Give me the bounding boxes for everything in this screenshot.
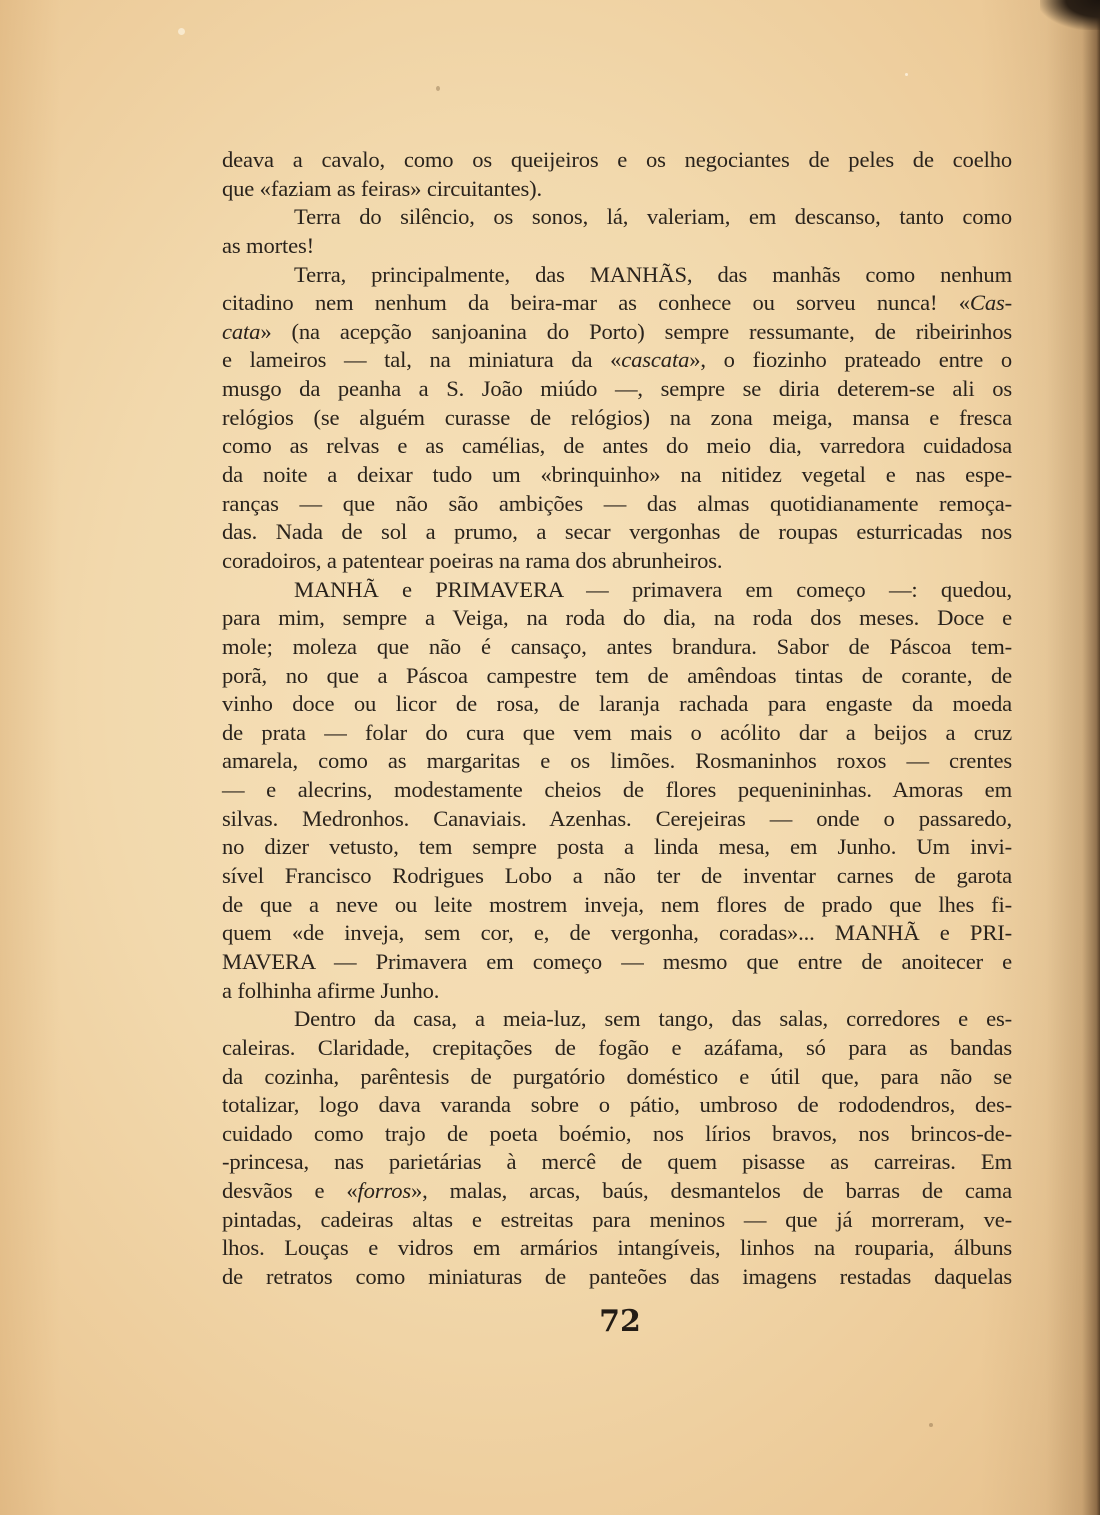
text-line: Terra, principalmente, das MANHÃS, das m… — [222, 261, 1012, 290]
text-line: pintadas, cadeiras altas e estreitas par… — [222, 1206, 1012, 1235]
text-line: cata» (na acepção sanjoanina do Porto) s… — [222, 318, 1012, 347]
text-line: — e alecrins, modestamente cheios de flo… — [222, 776, 1012, 805]
text-line: deava a cavalo, como os queijeiros e os … — [222, 146, 1012, 175]
page-left-edge-tint — [0, 0, 60, 1515]
text-line: silvas. Medronhos. Canaviais. Azenhas. C… — [222, 805, 1012, 834]
text-line: de que a neve ou leite mostrem inveja, n… — [222, 891, 1012, 920]
text-line: coradoiros, a patentear poeiras na rama … — [222, 547, 1012, 576]
text-line: da noite a deixar tudo um «brinquinho» n… — [222, 461, 1012, 490]
text-line: Terra do silêncio, os sonos, lá, valeria… — [222, 203, 1012, 232]
text-line: cuidado como trajo de poeta boémio, nos … — [222, 1120, 1012, 1149]
body-text: deava a cavalo, como os queijeiros e os … — [222, 146, 1012, 1292]
text-line: porã, no que a Páscoa campestre tem de a… — [222, 662, 1012, 691]
text-line: a folhinha afirme Junho. — [222, 977, 1012, 1006]
paper-speck — [178, 28, 185, 35]
text-line: para mim, sempre a Veiga, na roda do dia… — [222, 604, 1012, 633]
text-line: como as relvas e as camélias, de antes d… — [222, 432, 1012, 461]
text-line: e lameiros — tal, na miniatura da «casca… — [222, 346, 1012, 375]
text-line: amarela, como as margaritas e os limões.… — [222, 747, 1012, 776]
text-line: caleiras. Claridade, crepitações de fogã… — [222, 1034, 1012, 1063]
text-line: MAVERA — Primavera em começo — mesmo que… — [222, 948, 1012, 977]
page-number: 72 — [590, 1304, 650, 1339]
text-line: MANHÃ e PRIMAVERA — primavera em começo … — [222, 576, 1012, 605]
text-line: que «faziam as feiras» circuitantes). — [222, 175, 1012, 204]
italic-term: cata — [222, 319, 260, 344]
text-line: totalizar, logo dava varanda sobre o pát… — [222, 1091, 1012, 1120]
italic-term: cascata — [621, 347, 689, 372]
text-line: -princesa, nas parietárias à mercê de qu… — [222, 1148, 1012, 1177]
paper-speck — [905, 73, 908, 76]
text-line: da cozinha, parêntesis de purgatório dom… — [222, 1063, 1012, 1092]
italic-term: forros — [358, 1178, 412, 1203]
paper-speck — [929, 1423, 933, 1427]
text-line: desvãos e «forros», malas, arcas, baús, … — [222, 1177, 1012, 1206]
italic-term: Cas- — [970, 290, 1012, 315]
text-line: musgo da peanha a S. João miúdo —, sempr… — [222, 375, 1012, 404]
text-line: relógios (se alguém curasse de relógios)… — [222, 404, 1012, 433]
text-line: vinho doce ou licor de rosa, de laranja … — [222, 690, 1012, 719]
text-line: Dentro da casa, a meia-luz, sem tango, d… — [222, 1005, 1012, 1034]
text-line: mole; moleza que não é cansaço, antes br… — [222, 633, 1012, 662]
text-line: ranças — que não são ambições — das alma… — [222, 490, 1012, 519]
text-line: de prata — folar do cura que vem mais o … — [222, 719, 1012, 748]
text-line: de retratos como miniaturas de panteões … — [222, 1263, 1012, 1292]
text-line: as mortes! — [222, 232, 1012, 261]
text-line: citadino nem nenhum da beira-mar as conh… — [222, 289, 1012, 318]
text-line: das. Nada de sol a prumo, a secar vergon… — [222, 518, 1012, 547]
text-line: sível Francisco Rodrigues Lobo a não ter… — [222, 862, 1012, 891]
text-line: quem «de inveja, sem cor, e, de vergonha… — [222, 919, 1012, 948]
paper-speck — [436, 86, 440, 91]
page-corner-shadow — [1040, 0, 1100, 30]
text-line: lhos. Louças e vidros em armários intang… — [222, 1234, 1012, 1263]
text-line: no dizer vetusto, tem sempre posta a lin… — [222, 833, 1012, 862]
